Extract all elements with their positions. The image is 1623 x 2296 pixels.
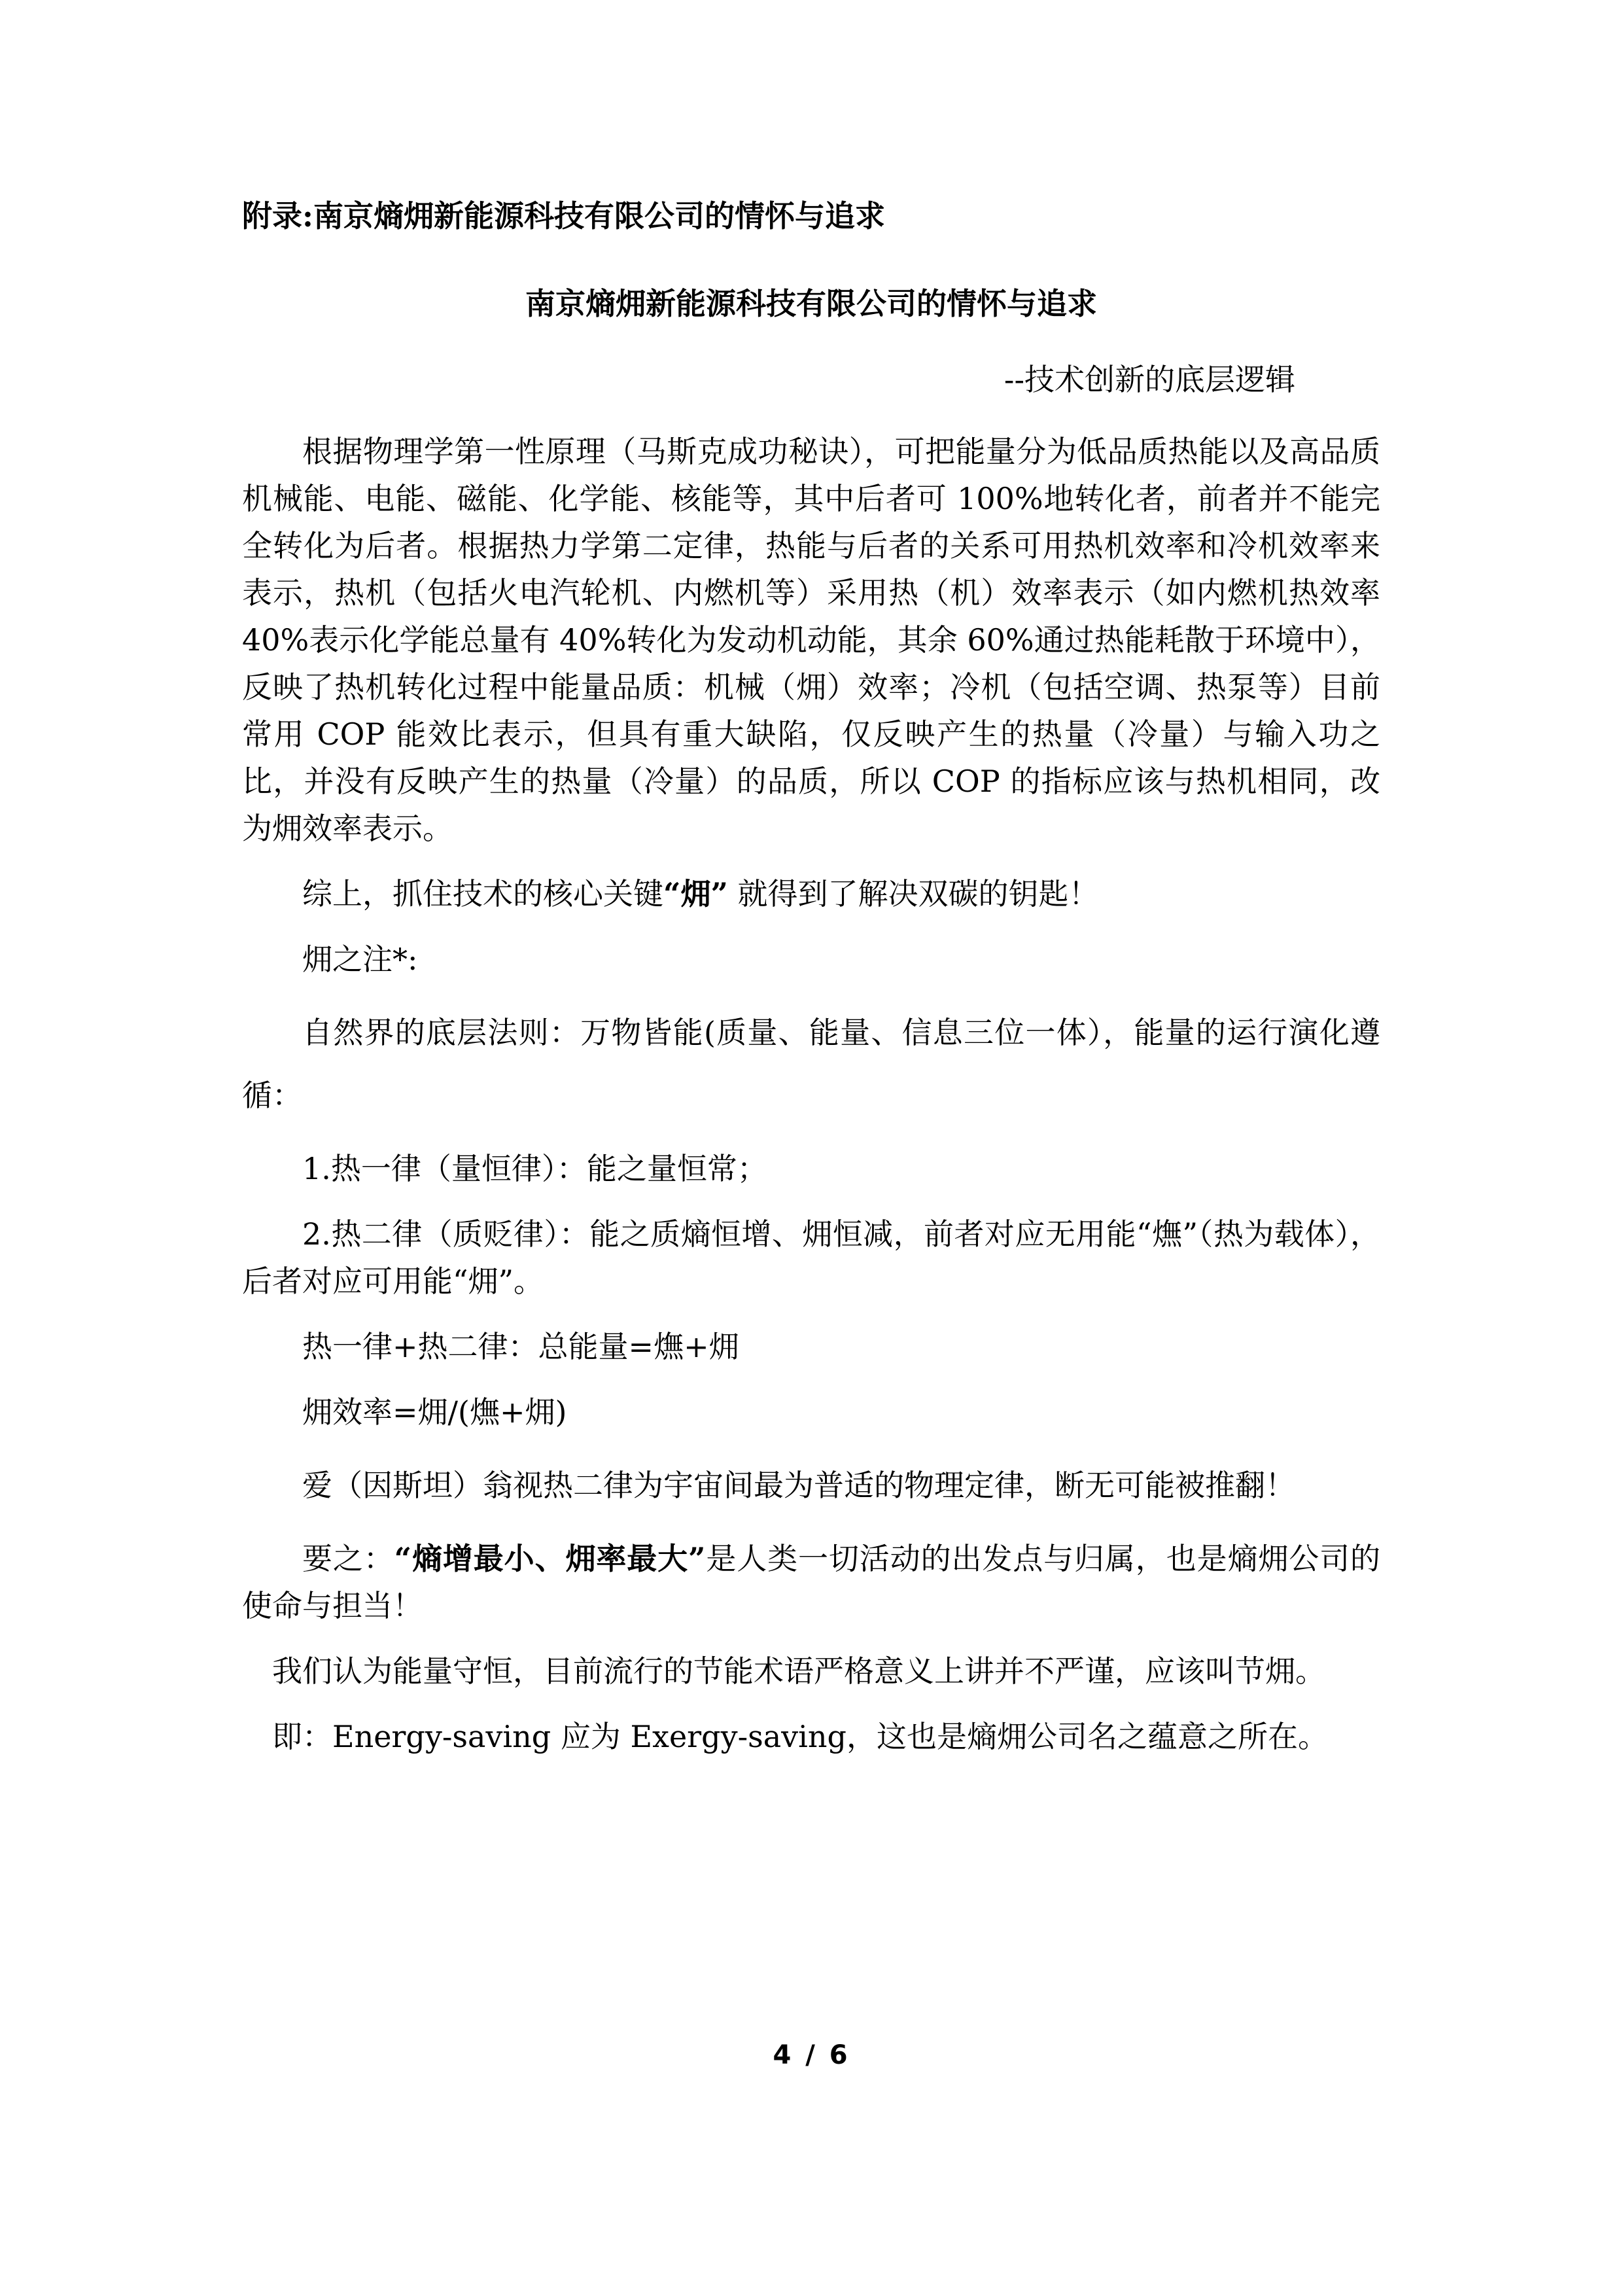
paragraph-total-energy-formula: 热一律+热二律：总能量=㷻+㶲 (242, 1323, 1380, 1370)
paragraph-einstein: 爱（因斯坦）翁视热二律为宇宙间最为普适的物理定律，断无可能被推翻！ (242, 1454, 1380, 1517)
paragraph-mission: 要之：“熵增最小、㶲率最大”是人类一切活动的出发点与归属，也是熵㶲公司的使命与担… (242, 1535, 1380, 1629)
paragraph-first-law: 1.热一律（量恒律）：能之量恒常； (242, 1145, 1380, 1192)
paragraph-nature-law: 自然界的底层法则：万物皆能(质量、能量、信息三位一体），能量的运行演化遵循： (242, 1001, 1380, 1127)
paragraph-second-law: 2.热二律（质贬律）：能之质熵恒增、㶲恒减，前者对应无用能“㷻”（热为载体），后… (242, 1210, 1380, 1305)
document-title: 南京熵㶲新能源科技有限公司的情怀与追求 (242, 279, 1380, 328)
paragraph-exergy-efficiency-formula: 㶲效率=㶲/(㷻+㶲) (242, 1388, 1380, 1436)
text-segment-bold-exergy: “㶲” (663, 876, 728, 911)
document-content: 附录:南京熵㶲新能源科技有限公司的情怀与追求 南京熵㶲新能源科技有限公司的情怀与… (242, 191, 1380, 1760)
page-number: 4 / 6 (0, 2040, 1623, 2070)
text-segment: 就得到了解决双碳的钥匙！ (728, 876, 1099, 911)
paragraph-summary-exergy-key: 综上，抓住技术的核心关键“㶲” 就得到了解决双碳的钥匙！ (242, 870, 1380, 917)
paragraph-exergy-note-heading: 㶲之注*: (242, 936, 1380, 983)
paragraph-energy-conservation: 我们认为能量守恒，目前流行的节能术语严格意义上讲并不严谨，应该叫节㶲。 (242, 1648, 1380, 1695)
text-segment: 要之： (302, 1541, 394, 1576)
paragraph-exergy-saving: 即：Energy-saving 应为 Exergy-saving，这也是熵㶲公司… (242, 1713, 1380, 1760)
document-subtitle: --技术创新的底层逻辑 (242, 355, 1380, 404)
document-page: 附录:南京熵㶲新能源科技有限公司的情怀与追求 南京熵㶲新能源科技有限公司的情怀与… (0, 0, 1623, 2296)
appendix-heading: 附录:南京熵㶲新能源科技有限公司的情怀与追求 (242, 191, 1380, 241)
text-segment-bold-motto: “熵增最小、㶲率最大” (394, 1541, 706, 1576)
paragraph-energy-principle: 根据物理学第一性原理（马斯克成功秘诀），可把能量分为低品质热能以及高品质机械能、… (242, 428, 1380, 852)
text-segment: 综上，抓住技术的核心关键 (302, 876, 663, 911)
